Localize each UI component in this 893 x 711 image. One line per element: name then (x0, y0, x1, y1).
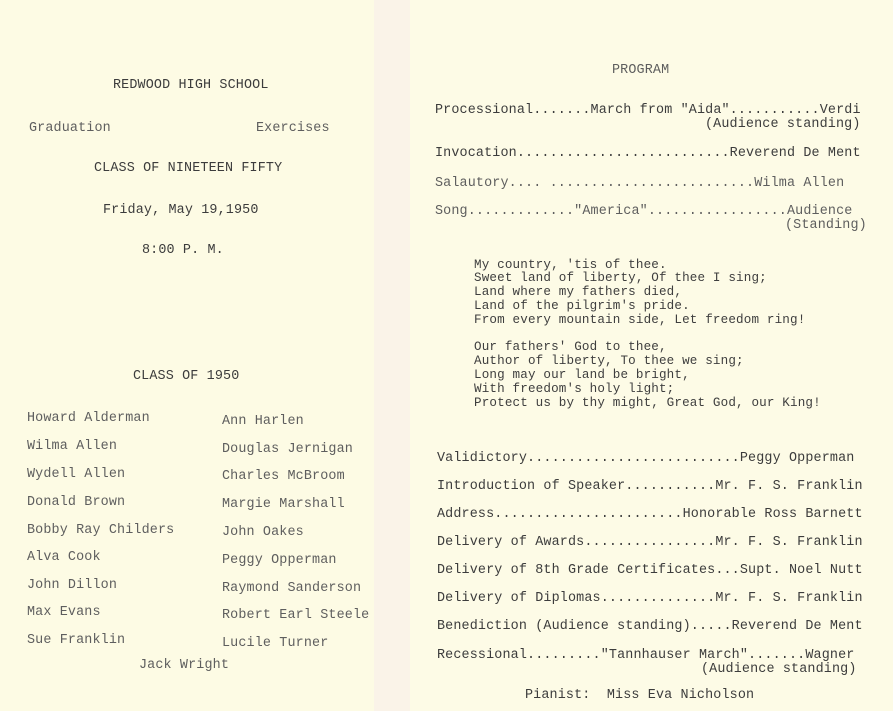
program-item-salutatory: Salautory.... .........................W… (435, 176, 844, 191)
program-item-recessional: Recessional........."Tannhauser March"..… (437, 648, 854, 663)
student-name: Robert Earl Steele (222, 608, 369, 623)
program-item-certificates: Delivery of 8th Grade Certificates...Sup… (437, 563, 863, 578)
lyric-line: Long may our land be bright, (474, 369, 690, 382)
program-item-diplomas: Delivery of Diplomas..............Mr. F.… (437, 591, 863, 606)
student-name: Douglas Jernigan (222, 442, 353, 457)
lyric-line: Our fathers' God to thee, (474, 341, 667, 354)
program-item-introduction: Introduction of Speaker...........Mr. F.… (437, 479, 863, 494)
lyric-line: Sweet land of liberty, Of thee I sing; (474, 272, 767, 285)
student-name: Lucile Turner (222, 636, 328, 651)
lyric-line: Land of the pilgrim's pride. (474, 300, 690, 313)
lyric-line: Protect us by thy might, Great God, our … (474, 397, 821, 410)
lyric-line: Land where my fathers died, (474, 286, 682, 299)
program-note: (Audience standing) (701, 662, 857, 677)
event-time: 8:00 P. M. (142, 243, 224, 258)
student-name: Wilma Allen (27, 439, 117, 454)
program-item-processional: Processional.......March from "Aida"....… (435, 103, 861, 118)
page-gutter (374, 0, 410, 711)
student-name: Margie Marshall (222, 497, 345, 512)
program-item-invocation: Invocation..........................Reve… (435, 146, 861, 161)
class-line: CLASS OF NINETEEN FIFTY (94, 161, 282, 176)
program-item-benediction: Benediction (Audience standing).....Reve… (437, 619, 863, 634)
student-name: Sue Franklin (27, 633, 125, 648)
student-name: Raymond Sanderson (222, 581, 361, 596)
student-name: John Dillon (27, 578, 117, 593)
program-heading: PROGRAM (612, 63, 669, 78)
school-name: REDWOOD HIGH SCHOOL (113, 78, 269, 93)
exercises-label: Exercises (256, 121, 330, 136)
student-name: John Oakes (222, 525, 304, 540)
program-item-song: Song............."America"..............… (435, 204, 852, 219)
student-name: Howard Alderman (27, 411, 150, 426)
student-name: Max Evans (27, 605, 101, 620)
graduation-label: Graduation (29, 121, 111, 136)
program-item-valedictory: Validictory..........................Peg… (437, 451, 854, 466)
lyric-line: Author of liberty, To thee we sing; (474, 355, 744, 368)
student-name: Charles McBroom (222, 469, 345, 484)
right-page: PROGRAM Processional.......March from "A… (410, 0, 893, 711)
class-heading: CLASS OF 1950 (133, 369, 239, 384)
pianist-credit: Pianist: Miss Eva Nicholson (525, 688, 754, 703)
lyric-line: With freedom's holy light; (474, 383, 674, 396)
program-item-awards: Delivery of Awards................Mr. F.… (437, 535, 863, 550)
student-name-last: Jack Wright (139, 658, 229, 673)
student-name: Donald Brown (27, 495, 125, 510)
event-date: Friday, May 19,1950 (103, 203, 259, 218)
program-note: (Audience standing) (705, 117, 861, 132)
program-item-address: Address.......................Honorable … (437, 507, 863, 522)
student-name: Bobby Ray Childers (27, 523, 174, 538)
program-note: (Standing) (785, 218, 867, 233)
lyric-line: From every mountain side, Let freedom ri… (474, 314, 805, 327)
student-name: Peggy Opperman (222, 553, 337, 568)
student-name: Ann Harlen (222, 414, 304, 429)
left-page: REDWOOD HIGH SCHOOL Graduation Exercises… (0, 0, 374, 711)
student-name: Alva Cook (27, 550, 101, 565)
student-name: Wydell Allen (27, 467, 125, 482)
